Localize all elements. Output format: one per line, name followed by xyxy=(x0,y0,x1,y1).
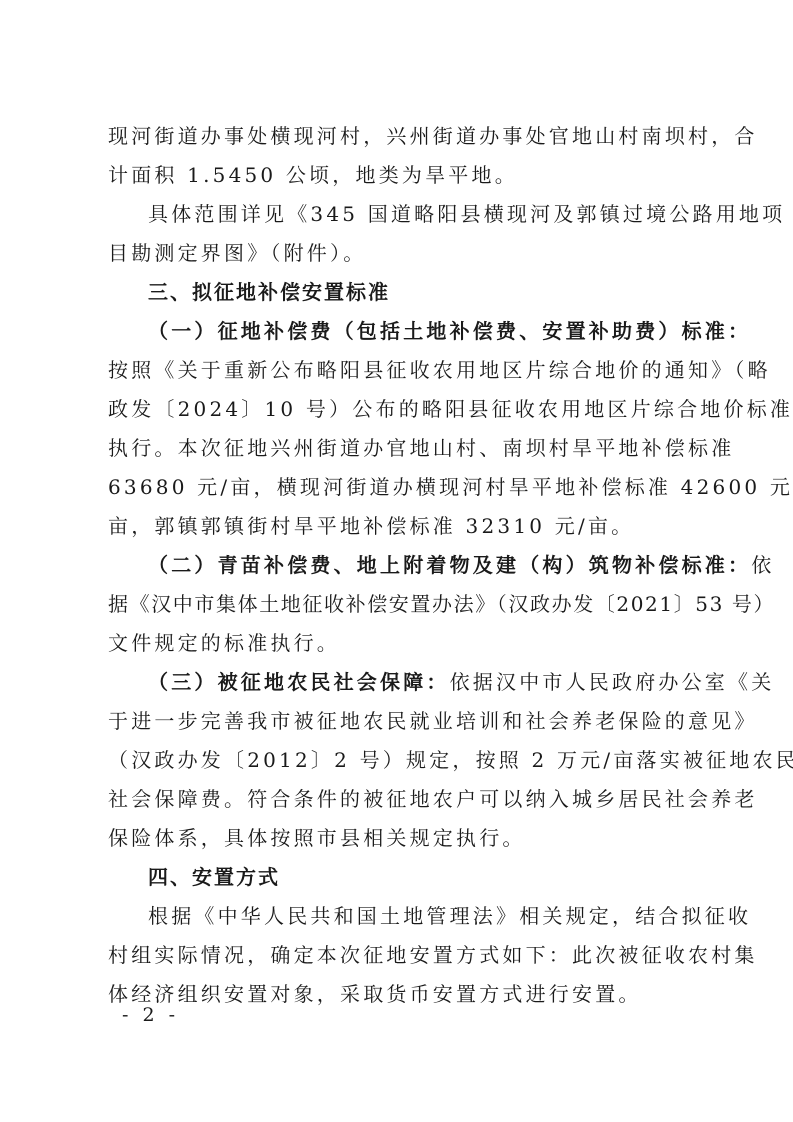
body-line: 目勘测定界图》（附件）。 xyxy=(108,234,710,273)
body-line: 根据《中华人民共和国土地管理法》相关规定，结合拟征收 xyxy=(148,897,710,936)
body-line: 政发〔2024〕10 号）公布的略阳县征收农用地区片综合地价标准 xyxy=(108,390,710,429)
item-three-label: （三）被征地农民社会保障： xyxy=(148,670,450,694)
body-line: 保险体系，具体按照市县相关规定执行。 xyxy=(108,819,710,858)
body-line: 计面积 1.5450 公顷，地类为旱平地。 xyxy=(108,156,710,195)
body-line: 于进一步完善我市被征地农民就业培训和社会养老保险的意见》 xyxy=(108,702,710,741)
item-three-heading-line: （三）被征地农民社会保障：依据汉中市人民政府办公室《关 xyxy=(148,663,710,702)
body-line: 具体范围详见《345 国道略阳县横现河及郭镇过境公路用地项 xyxy=(148,195,710,234)
section-heading-three: 三、拟征地补偿安置标准 xyxy=(148,273,390,312)
document-page: 现河街道办事处横现河村，兴州街道办事处官地山村南坝村，合 计面积 1.5450 … xyxy=(0,0,793,1122)
body-line: 村组实际情况，确定本次征地安置方式如下：此次被征收农村集 xyxy=(108,936,710,975)
body-line: 亩，郭镇郭镇街村旱平地补偿标准 32310 元/亩。 xyxy=(108,507,710,546)
page-number: - 2 - xyxy=(122,1000,179,1030)
item-two-label: （二）青苗补偿费、地上附着物及建（构）筑物补偿标准： xyxy=(148,553,751,577)
item-one-heading-line: （一）征地补偿费（包括土地补偿费、安置补助费）标准： xyxy=(148,312,710,351)
item-one-label: （一）征地补偿费（包括土地补偿费、安置补助费）标准： xyxy=(148,319,751,343)
body-line: 体经济组织安置对象，采取货币安置方式进行安置。 xyxy=(108,975,710,1014)
item-two-first-rest: 依 xyxy=(751,553,774,577)
body-line: 据《汉中市集体土地征收补偿安置办法》（汉政办发〔2021〕53 号） xyxy=(108,585,710,624)
body-line: 执行。本次征地兴州街道办官地山村、南坝村旱平地补偿标准 xyxy=(108,429,710,468)
body-line: 社会保障费。符合条件的被征地农户可以纳入城乡居民社会养老 xyxy=(108,780,710,819)
body-line: 现河街道办事处横现河村，兴州街道办事处官地山村南坝村，合 xyxy=(108,117,710,156)
item-three-first-rest: 依据汉中市人民政府办公室《关 xyxy=(450,670,775,694)
item-two-heading-line: （二）青苗补偿费、地上附着物及建（构）筑物补偿标准：依 xyxy=(148,546,710,585)
body-line: 文件规定的标准执行。 xyxy=(108,624,710,663)
body-line: 按照《关于重新公布略阳县征收农用地区片综合地价的通知》（略 xyxy=(108,351,710,390)
body-line: （汉政办发〔2012〕2 号）规定，按照 2 万元/亩落实被征地农民 xyxy=(108,741,710,780)
body-line: 63680 元/亩，横现河街道办横现河村旱平地补偿标准 42600 元/ xyxy=(108,468,710,507)
section-heading-four: 四、安置方式 xyxy=(148,858,280,897)
